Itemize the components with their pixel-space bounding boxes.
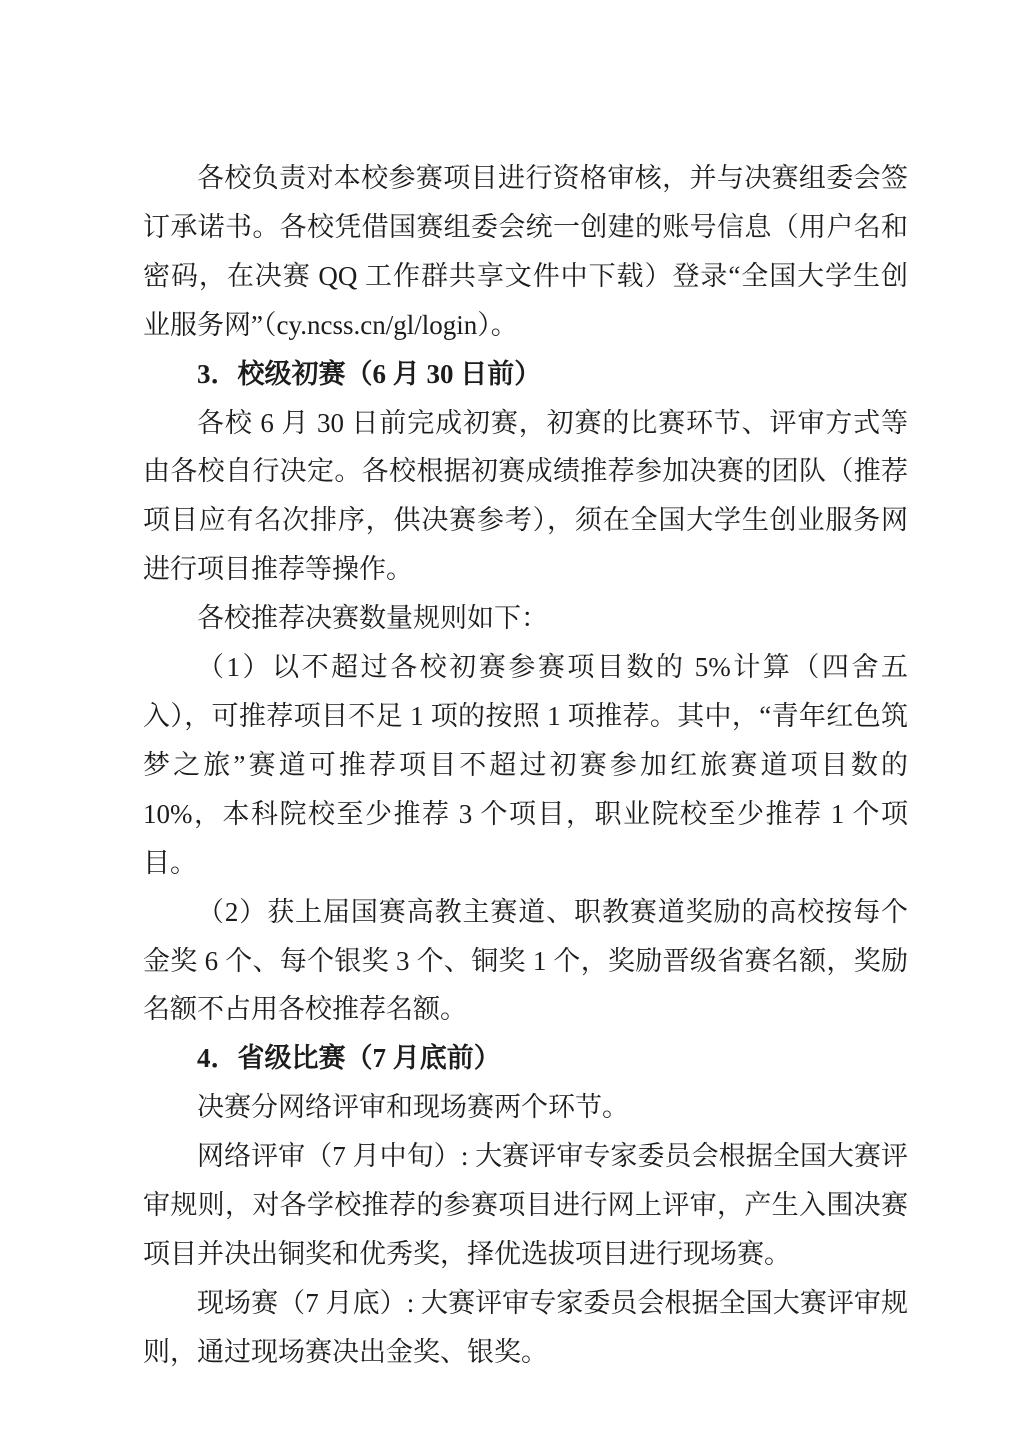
- paragraph-school-preliminary-details: 各校 6 月 30 日前完成初赛，初赛的比赛环节、评审方式等由各校自行决定。各校…: [143, 399, 908, 595]
- document-text-block: 各校负责对本校参赛项目进行资格审核，并与决赛组委会签订承诺书。各校凭借国赛组委会…: [143, 154, 908, 1377]
- paragraph-recommendation-rule-1: （1）以不超过各校初赛参赛项目数的 5%计算（四舍五入），可推荐项目不足 1 项…: [143, 643, 908, 888]
- paragraph-recommendation-rules-intro: 各校推荐决赛数量规则如下：: [143, 594, 908, 643]
- paragraph-final-stages: 决赛分网络评审和现场赛两个环节。: [143, 1083, 908, 1132]
- paragraph-onsite-competition: 现场赛（7 月底）: 大赛评审专家委员会根据全国大赛评审规则，通过现场赛决出金奖…: [143, 1279, 908, 1377]
- paragraph-qualification-review: 各校负责对本校参赛项目进行资格审核，并与决赛组委会签订承诺书。各校凭借国赛组委会…: [143, 154, 908, 350]
- heading-school-preliminary: 3．校级初赛（6 月 30 日前）: [143, 350, 908, 399]
- heading-provincial-competition: 4．省级比赛（7 月底前）: [143, 1034, 908, 1083]
- paragraph-online-review: 网络评审（7 月中旬）: 大赛评审专家委员会根据全国大赛评审规则，对各学校推荐的…: [143, 1132, 908, 1279]
- paragraph-recommendation-rule-2: （2）获上届国赛高教主赛道、职教赛道奖励的高校按每个金奖 6 个、每个银奖 3 …: [143, 888, 908, 1035]
- document-page: 各校负责对本校参赛项目进行资格审核，并与决赛组委会签订承诺书。各校凭借国赛组委会…: [0, 0, 1024, 1448]
